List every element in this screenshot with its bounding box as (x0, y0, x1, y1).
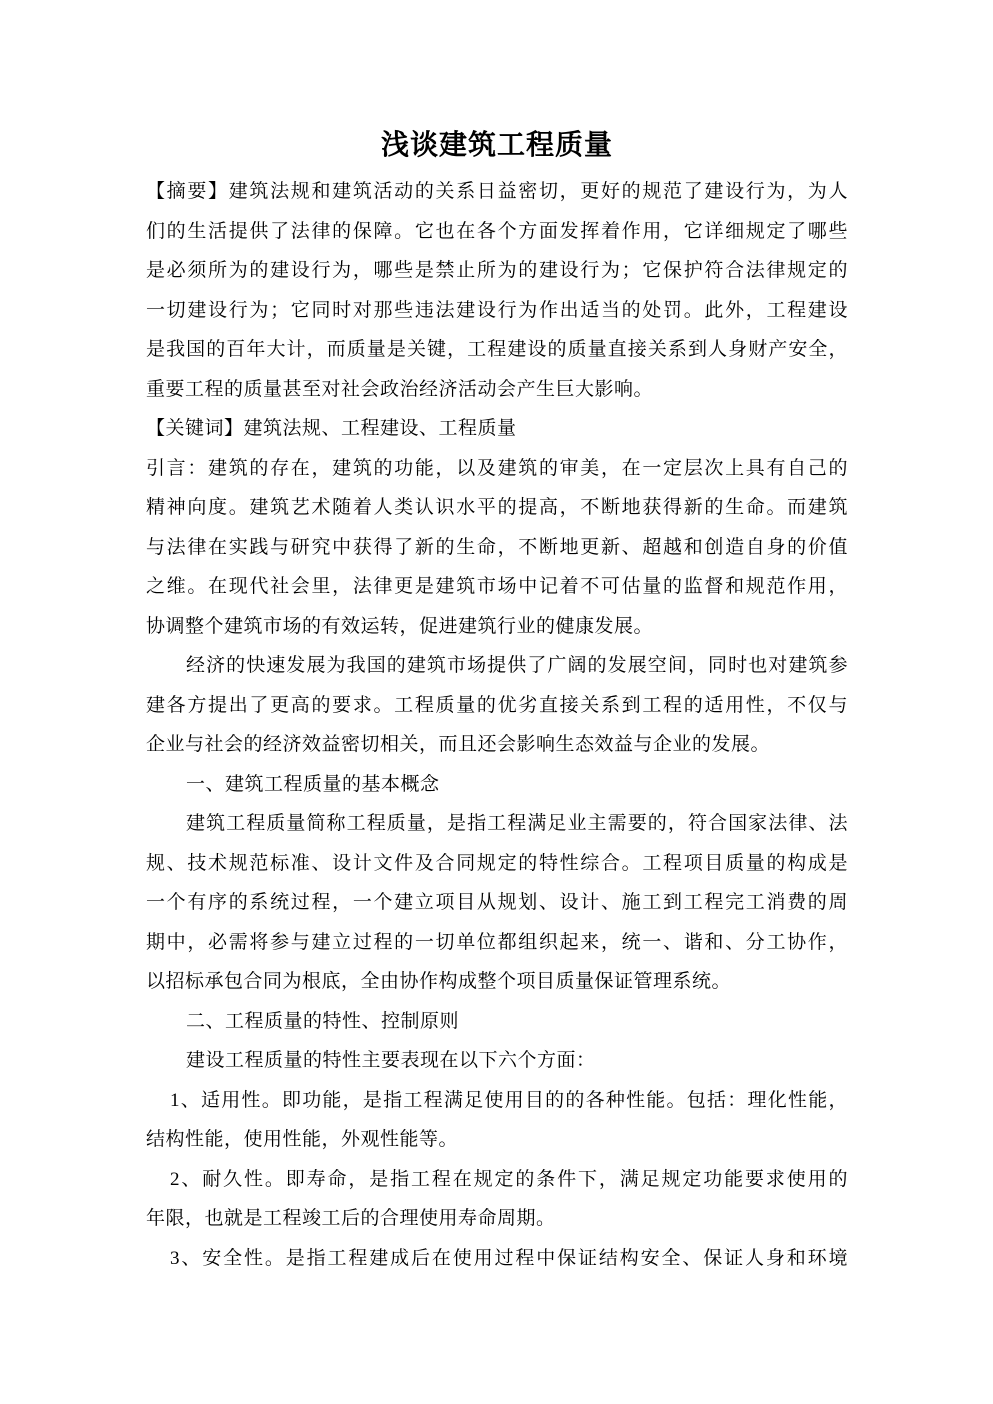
text-line: 是必须所为的建设行为，哪些是禁止所为的建设行为；它保护符合法律规定的 (146, 251, 848, 291)
text-line: 引言：建筑的存在，建筑的功能，以及建筑的审美，在一定层次上具有自己的 (146, 449, 848, 489)
text-line: 期中，必需将参与建立过程的一切单位都组织起来，统一、谐和、分工协作， (146, 923, 848, 963)
text-line: 1、适用性。即功能，是指工程满足使用目的的各种性能。包括：理化性能， (146, 1081, 848, 1121)
text-line: 以招标承包合同为根底，全由协作构成整个项目质量保证管理系统。 (146, 962, 848, 1002)
page: 浅谈建筑工程质量 【摘要】建筑法规和建筑活动的关系日益密切，更好的规范了建设行为… (0, 0, 993, 1404)
text-line: 规、技术规范标准、设计文件及合同规定的特性综合。工程项目质量的构成是 (146, 844, 848, 884)
section-heading: 二、工程质量的特性、控制原则 (146, 1002, 848, 1042)
text-line: 们的生活提供了法律的保障。它也在各个方面发挥着作用，它详细规定了哪些 (146, 212, 848, 252)
text-line: 经济的快速发展为我国的建筑市场提供了广阔的发展空间，同时也对建筑参 (146, 646, 848, 686)
text-line: 年限，也就是工程竣工后的合理使用寿命周期。 (146, 1199, 848, 1239)
section-heading: 一、建筑工程质量的基本概念 (146, 765, 848, 805)
text-line: 精神向度。建筑艺术随着人类认识水平的提高，不断地获得新的生命。而建筑 (146, 488, 848, 528)
text-line: 3、安全性。是指工程建成后在使用过程中保证结构安全、保证人身和环境 (146, 1239, 848, 1279)
text-line: 是我国的百年大计，而质量是关键，工程建设的质量直接关系到人身财产安全， (146, 330, 848, 370)
text-line: 与法律在实践与研究中获得了新的生命，不断地更新、超越和创造自身的价值 (146, 528, 848, 568)
text-line: 建设工程质量的特性主要表现在以下六个方面： (146, 1041, 848, 1081)
text-line: 【摘要】建筑法规和建筑活动的关系日益密切，更好的规范了建设行为，为人 (146, 172, 848, 212)
text-line: 一切建设行为；它同时对那些违法建设行为作出适当的处罚。此外，工程建设 (146, 291, 848, 331)
text-line: 建各方提出了更高的要求。工程质量的优劣直接关系到工程的适用性，不仅与 (146, 686, 848, 726)
document-title: 浅谈建筑工程质量 (146, 118, 848, 174)
text-line: 企业与社会的经济效益密切相关，而且还会影响生态效益与企业的发展。 (146, 725, 848, 765)
text-line: 建筑工程质量简称工程质量，是指工程满足业主需要的，符合国家法律、法 (146, 804, 848, 844)
text-line: 【关键词】建筑法规、工程建设、工程质量 (146, 409, 848, 449)
document-body: 【摘要】建筑法规和建筑活动的关系日益密切，更好的规范了建设行为，为人 们的生活提… (146, 172, 848, 1278)
text-line: 一个有序的系统过程，一个建立项目从规划、设计、施工到工程完工消费的周 (146, 883, 848, 923)
text-line: 重要工程的质量甚至对社会政治经济活动会产生巨大影响。 (146, 370, 848, 410)
text-line: 之维。在现代社会里，法律更是建筑市场中记着不可估量的监督和规范作用， (146, 567, 848, 607)
text-line: 结构性能，使用性能，外观性能等。 (146, 1120, 848, 1160)
text-line: 协调整个建筑市场的有效运转，促进建筑行业的健康发展。 (146, 607, 848, 647)
text-line: 2、耐久性。即寿命，是指工程在规定的条件下，满足规定功能要求使用的 (146, 1160, 848, 1200)
